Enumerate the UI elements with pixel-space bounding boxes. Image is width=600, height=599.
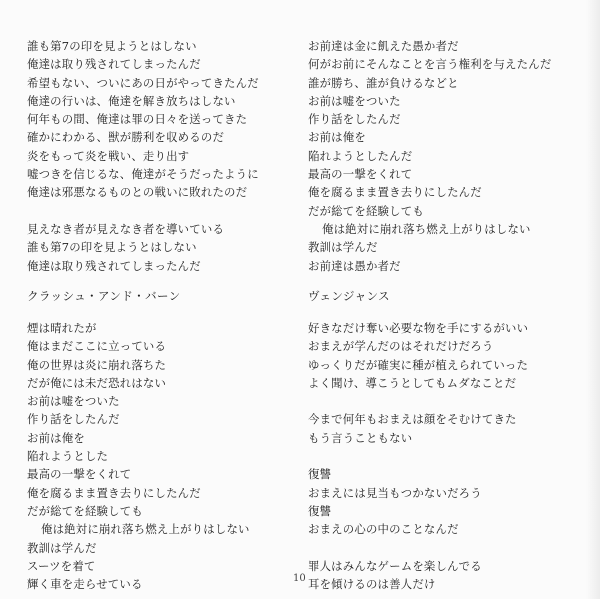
lyric-line-indented: 俺は絶対に崩れ落ち燃え上がりはしない xyxy=(308,220,551,238)
lyric-line: 何年もの間、俺達は罪の日々を送ってきた xyxy=(27,110,259,128)
lyric-line: 何がお前にそんなことを言う権利を与えたんだ xyxy=(308,55,551,73)
lyric-line: 最高の一撃をくれて xyxy=(27,465,250,483)
lyric-line: お前達は愚か者だ xyxy=(308,257,551,275)
lyric-line: 確かにわかる、獣が勝利を収めるのだ xyxy=(27,128,259,146)
lyric-line: 耳を傾けるのは善人だけ xyxy=(308,575,528,593)
song-title: ヴェンジャンス xyxy=(308,288,390,304)
lyric-line: 誰が勝ち、誰が負けるなどと xyxy=(308,74,551,92)
lyric-line: 煙は晴れたが xyxy=(27,319,250,337)
stanza-gap xyxy=(308,447,528,465)
lyric-line: 俺達は取り残されてしまったんだ xyxy=(27,257,259,275)
lyric-line: 教訓は学んだ xyxy=(27,539,250,557)
lyric-line: 見えなき者が見えなき者を導いている xyxy=(27,220,259,238)
lyric-line: 輝く車を走らせている xyxy=(27,575,250,593)
lyric-line: お前は嘘をついた xyxy=(27,392,250,410)
lyric-line: 希望もない、ついにあの日がやってきたんだ xyxy=(27,74,259,92)
lyric-line: よく聞け、導こうとしてもムダなことだ xyxy=(308,374,528,392)
lyrics-crash-and-burn: 煙は晴れたが 俺はまだここに立っている 俺の世界は炎に崩れ落ちた だが俺には未だ… xyxy=(27,319,250,593)
lyric-line-indented: 俺は絶対に崩れ落ち燃え上がりはしない xyxy=(27,520,250,538)
lyric-line: 作り話をしたんだ xyxy=(308,110,551,128)
lyrics-vengeance: 好きなだけ奪い必要な物を手にするがいい おまえが学んだのはそれだけだろう ゆっく… xyxy=(308,319,528,593)
page-number: 10 xyxy=(293,573,306,584)
lyric-line: だが俺には未だ恐れはない xyxy=(27,374,250,392)
stanza-gap xyxy=(27,202,259,220)
lyric-line: 俺達は邪悪なるものとの戦いに敗れたのだ xyxy=(27,183,259,201)
lyric-line: 俺を腐るまま置き去りにしたんだ xyxy=(308,183,551,201)
lyric-line: おまえには見当もつかないだろう xyxy=(308,484,528,502)
stanza-gap xyxy=(308,392,528,410)
lyric-line: 教訓は学んだ xyxy=(308,238,551,256)
lyric-line: 俺はまだここに立っている xyxy=(27,337,250,355)
lyric-line: 俺の世界は炎に崩れ落ちた xyxy=(27,356,250,374)
lyric-line: 陥れようとしたんだ xyxy=(308,147,551,165)
lyric-line: おまえが学んだのはそれだけだろう xyxy=(308,337,528,355)
lyric-line: 最高の一撃をくれて xyxy=(308,165,551,183)
lyric-line: お前達は金に飢えた愚か者だ xyxy=(308,37,551,55)
lyric-line: お前は俺を xyxy=(308,128,551,146)
lyric-line: 陥れようとした xyxy=(27,447,250,465)
lyric-line: おまえの心の中のことなんだ xyxy=(308,520,528,538)
lyric-line: だが総てを経験しても xyxy=(27,502,250,520)
lyric-line: 炎をもって炎を戦い、走り出す xyxy=(27,147,259,165)
lyric-line: 復讐 xyxy=(308,465,528,483)
lyric-line: 俺達の行いは、俺達を解き放ちはしない xyxy=(27,92,259,110)
stanza-gap xyxy=(308,539,528,557)
lyric-line: 誰も第7の印を見ようとはしない xyxy=(27,238,259,256)
lyric-line: スーツを着て xyxy=(27,557,250,575)
lyrics-block-right-top: お前達は金に飢えた愚か者だ 何がお前にそんなことを言う権利を与えたんだ 誰が勝ち… xyxy=(308,37,551,275)
lyric-line: だが総てを経験しても xyxy=(308,202,551,220)
lyric-line: 俺達は取り残されてしまったんだ xyxy=(27,55,259,73)
song-crash-and-burn: クラッシュ・アンド・バーン xyxy=(27,288,180,304)
lyric-line: お前は嘘をついた xyxy=(308,92,551,110)
lyric-line: 作り話をしたんだ xyxy=(27,410,250,428)
lyric-line: 嘘つきを信じるな、俺達がそうだったように xyxy=(27,165,259,183)
lyrics-block-left-top: 誰も第7の印を見ようとはしない 俺達は取り残されてしまったんだ 希望もない、つい… xyxy=(27,37,259,275)
lyric-line: ゆっくりだが確実に種が植えられていった xyxy=(308,356,528,374)
song-title: クラッシュ・アンド・バーン xyxy=(27,288,180,304)
lyric-line: 誰も第7の印を見ようとはしない xyxy=(27,37,259,55)
lyric-line: 好きなだけ奪い必要な物を手にするがいい xyxy=(308,319,528,337)
lyric-line: 罪人はみんなゲームを楽しんでる xyxy=(308,557,528,575)
lyric-line: お前は俺を xyxy=(27,429,250,447)
lyric-line: 復讐 xyxy=(308,502,528,520)
lyric-line: もう言うこともない xyxy=(308,429,528,447)
lyric-line: 今まで何年もおまえは顔をそむけてきた xyxy=(308,410,528,428)
lyric-line: 俺を腐るまま置き去りにしたんだ xyxy=(27,484,250,502)
page-edge-shadow xyxy=(586,0,600,599)
song-vengeance: ヴェンジャンス xyxy=(308,288,390,304)
